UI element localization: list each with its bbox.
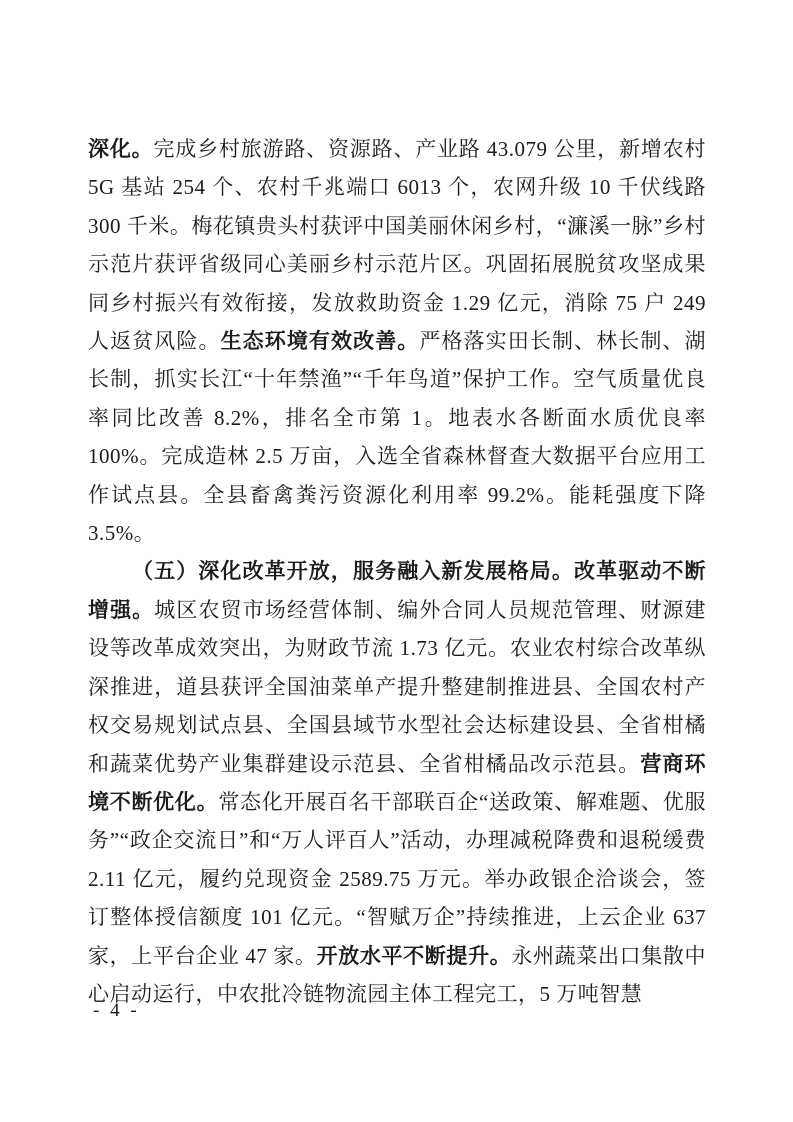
bold-lead-in: 深化。 <box>88 137 153 161</box>
paragraph-continuation: 深化。完成乡村旅游路、资源路、产业路 43.079 公里，新增农村 5G 基站 … <box>88 130 706 552</box>
subheading-ecology: 生态环境有效改善。 <box>221 329 420 353</box>
document-body: 深化。完成乡村旅游路、资源路、产业路 43.079 公里，新增农村 5G 基站 … <box>88 130 706 1013</box>
paragraph-section-five: （五）深化改革开放，服务融入新发展格局。改革驱动不断增强。城区农贸市场经营体制、… <box>88 552 706 1013</box>
text-run: 常态化开展百名干部联百企“送政策、解难题、优服务”“政企交流日”和“万人评百人”… <box>88 790 706 968</box>
subheading-opening-up: 开放水平不断提升。 <box>317 944 512 968</box>
text-run: 严格落实田长制、林长制、湖长制，抓实长江“十年禁渔”“千年鸟道”保护工作。空气质… <box>88 329 706 545</box>
text-run: 完成乡村旅游路、资源路、产业路 43.079 公里，新增农村 5G 基站 254… <box>88 137 706 353</box>
document-page: 深化。完成乡村旅游路、资源路、产业路 43.079 公里，新增农村 5G 基站 … <box>0 0 793 1122</box>
page-number: - 4 - <box>93 1000 140 1022</box>
text-run: 城区农贸市场经营体制、编外合同人员规范管理、财源建设等改革成效突出，为财政节流 … <box>88 598 706 776</box>
